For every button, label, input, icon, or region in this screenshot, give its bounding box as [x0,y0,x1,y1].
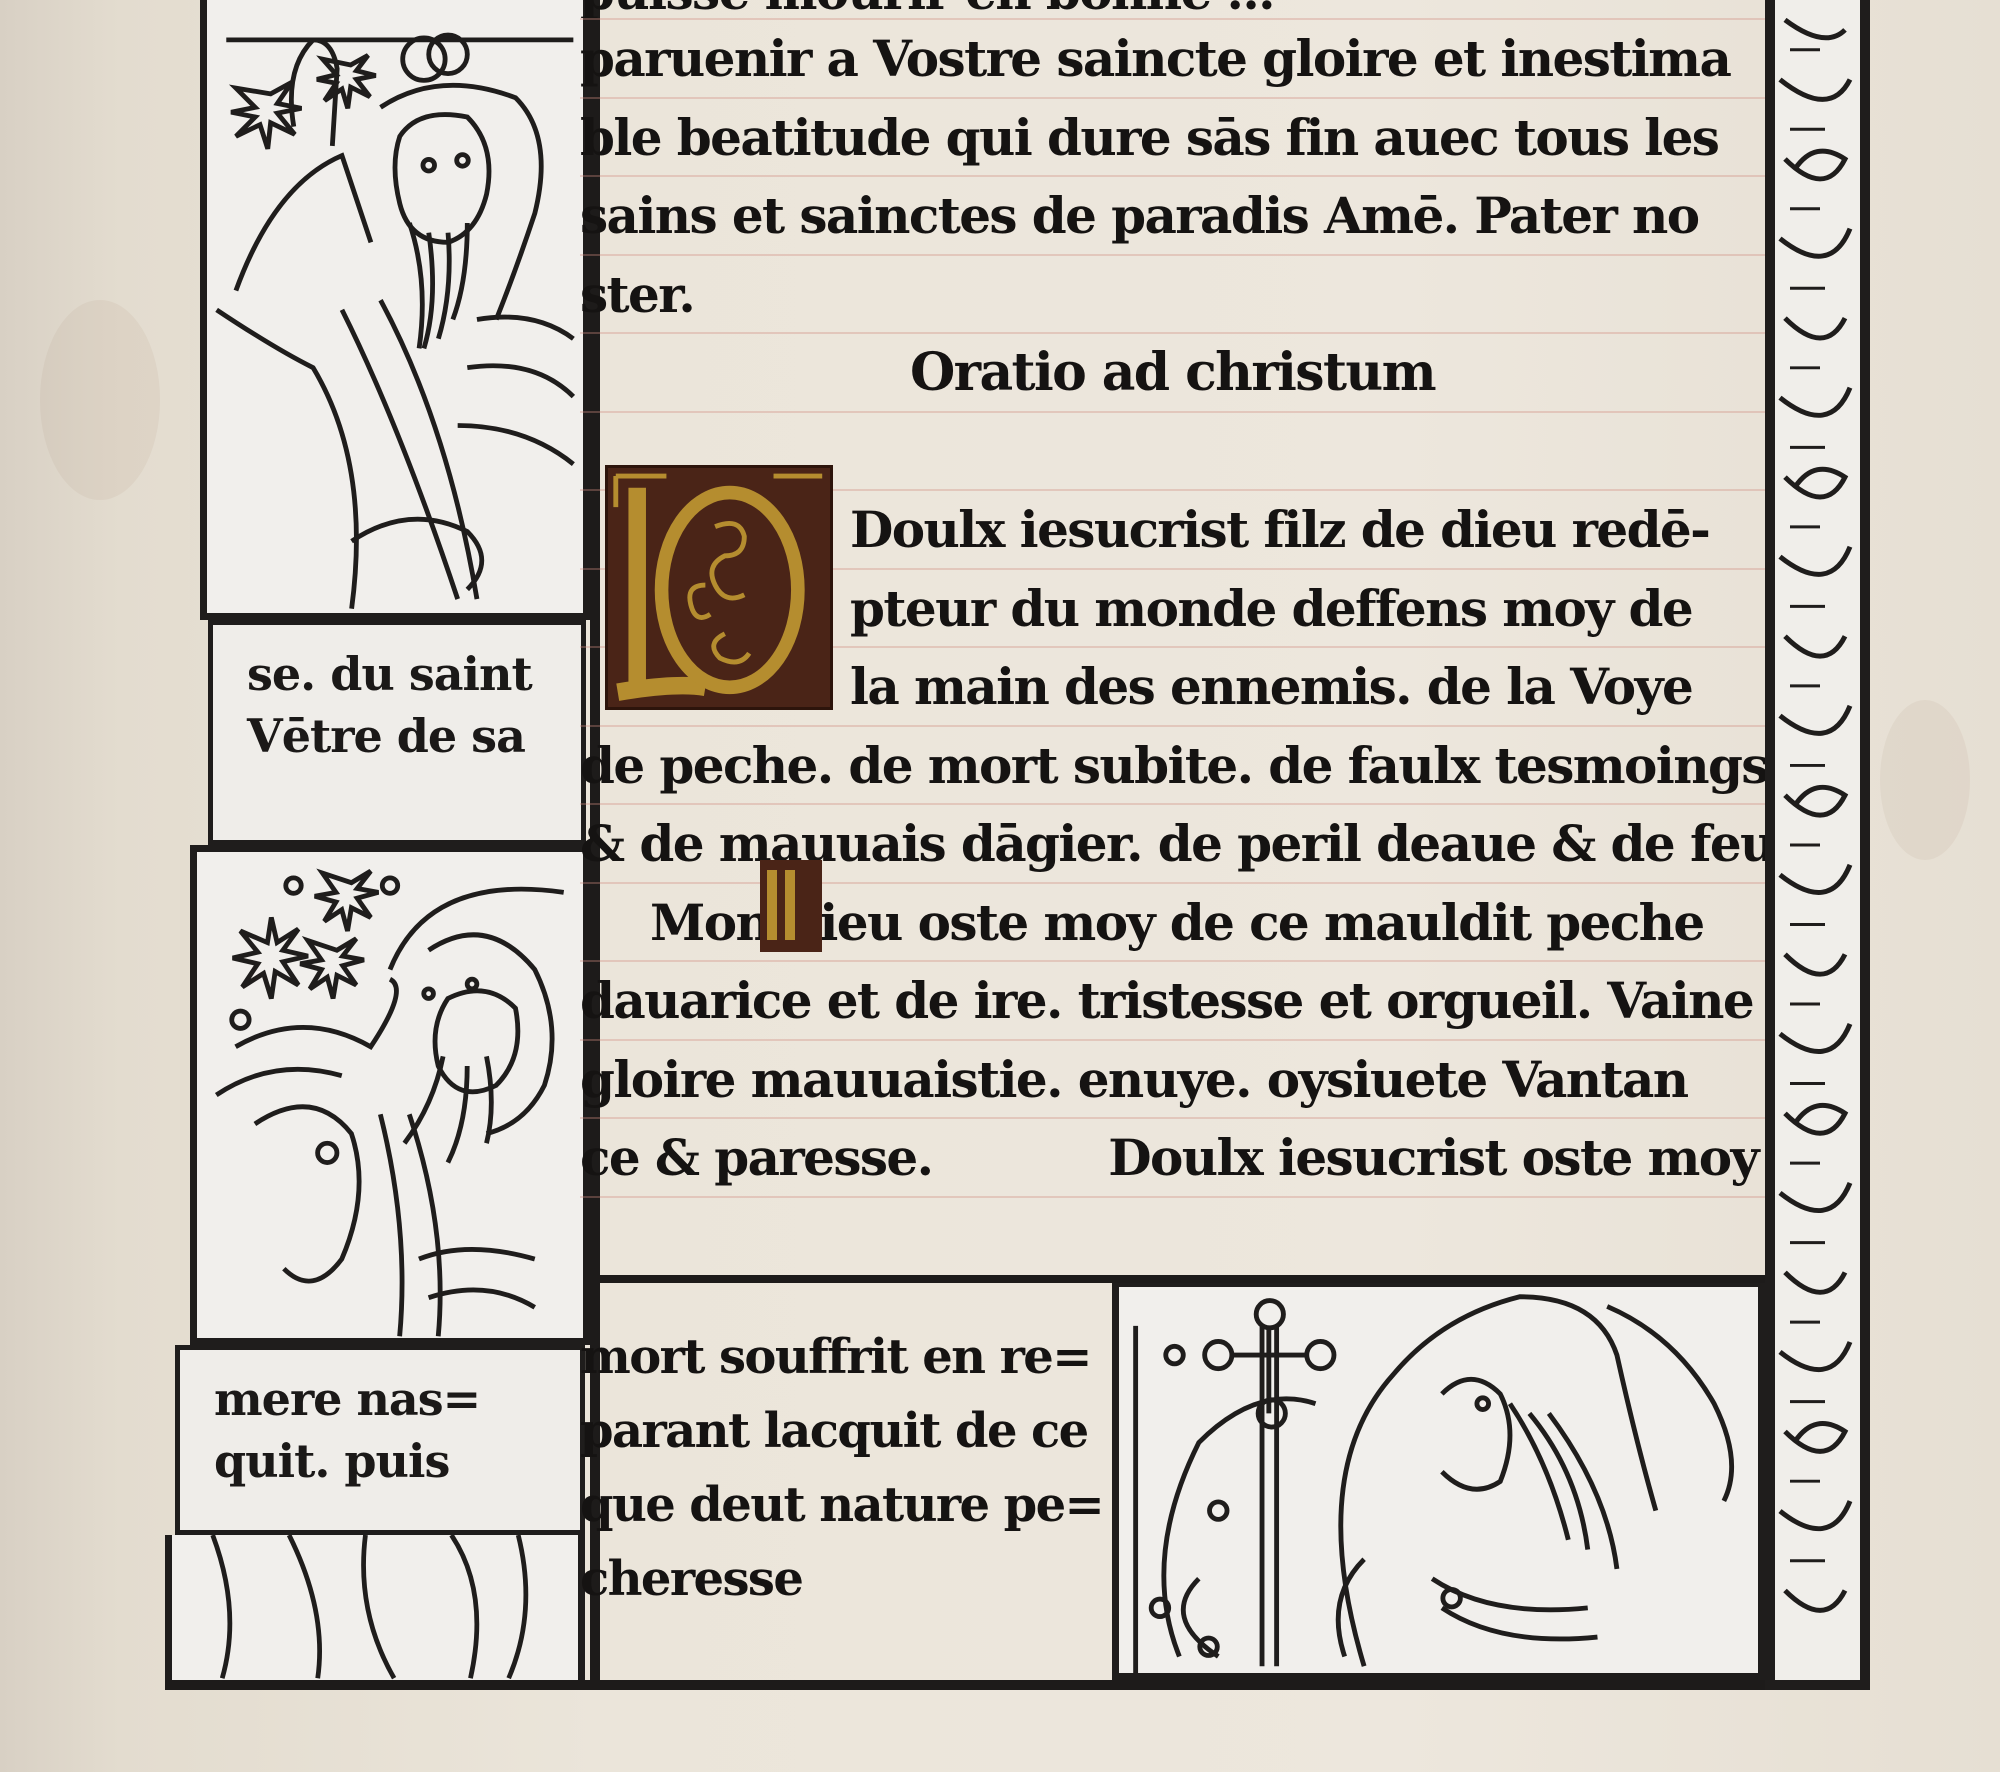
text-fragment: ce & paresse. [580,1128,932,1187]
caption-line: mort souffrit en re= [580,1320,1060,1394]
drapery-illustration-icon [172,1535,578,1683]
paper-stain [40,300,160,500]
initial-d-icon [608,468,830,707]
initial-m-icon [760,860,822,952]
caption-line: cheresse [580,1542,1060,1616]
woodcut-prophet-with-stars [200,0,590,620]
caption-line: mere nas= [214,1368,546,1430]
caption-line: se. du saint [247,643,547,705]
side-caption-lower: mere nas= quit. puis [175,1345,585,1535]
text-line: sains et sainctes de paradis Amē. Pater … [580,177,1765,256]
text-line: Mon dieu oste moy de ce mauldit peche [580,884,1765,963]
woodcut-foliate-border [1765,0,1870,1690]
text-line: ble beatitude qui dure sās fin auec tous… [580,99,1765,178]
bottom-rule [165,1680,1870,1690]
caption-line: parant lacquit de ce [580,1394,1060,1468]
woodcut-figure-feet [165,1535,585,1690]
caption-line: Vētre de sa [247,705,547,767]
sibyl-illustration-icon [1119,1287,1758,1673]
illuminated-initial-m [760,860,822,952]
bottom-caption: mort souffrit en re= parant lacquit de c… [580,1320,1060,1616]
woodcut-saint-luke-with-ox [190,845,590,1345]
caption-line: que deut nature pe= [580,1468,1060,1542]
text-line-final: ce & paresse. Doulx iesucrist oste moy [580,1119,1765,1198]
caption-line: quit. puis [214,1430,546,1492]
text-line: dauarice et de ire. tristesse et orgueil… [580,962,1765,1041]
text-line: de peche. de mort subite. de faulx tesmo… [580,727,1765,806]
prayer-heading: Oratio ad christum [580,334,1765,413]
book-page: se. du saint Vētre de sa [150,0,1875,1690]
foliage-border-icon [1775,0,1860,1680]
illuminated-initial-d [605,465,833,710]
bottom-panel-rule [600,1275,1765,1283]
woodcut-sibyl-with-cross [1112,1283,1765,1680]
text-line-clipped: puisse mourir en bonne ... [580,0,1765,20]
side-caption-upper: se. du saint Vētre de sa [208,620,586,845]
text-fragment: Doulx iesucrist oste moy [1108,1128,1758,1187]
prophet-illustration-icon [207,0,583,613]
text-line: & de mauuais dāgier. de peril deaue & de… [580,805,1765,884]
evangelist-ox-illustration-icon [197,852,583,1338]
paper-stain [1880,700,1970,860]
text-line: ster. [580,256,1765,335]
text-line: paruenir a Vostre saincte gloire et ines… [580,20,1765,99]
text-line: gloire mauuaistie. enuye. oysiuete Vanta… [580,1041,1765,1120]
